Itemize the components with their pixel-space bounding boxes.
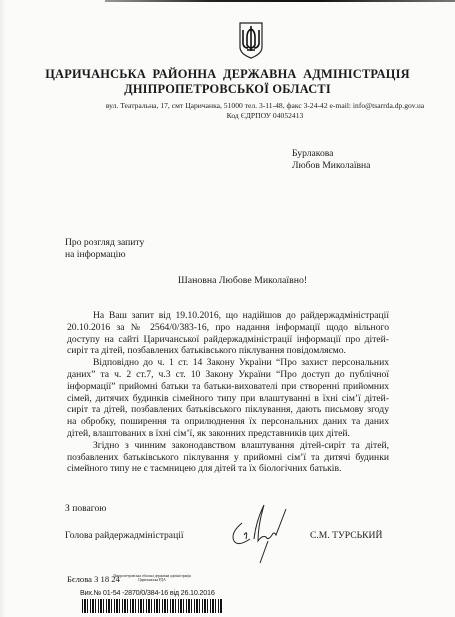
body-paragraph: Згідно з чинним законодавством влаштуван… bbox=[67, 440, 389, 475]
body-paragraph: На Ваш запит від 19.10.2016, що надійшов… bbox=[67, 310, 389, 357]
subject-line-2: на інформацію bbox=[65, 249, 144, 261]
greeting: Шановна Любове Миколаївно! bbox=[0, 275, 455, 286]
handwritten-signature bbox=[228, 495, 288, 565]
subject-block: Про розгляд запиту на інформацію bbox=[65, 237, 144, 261]
subject-line-1: Про розгляд запиту bbox=[65, 237, 144, 249]
scan-top-edge bbox=[105, 0, 455, 2]
organization-region: ДНІПРОПЕТРОВСЬКОЇ ОБЛАСТІ bbox=[0, 82, 455, 97]
organization-name: ЦАРИЧАНСЬКА РАЙОННА ДЕРЖАВНА АДМІНІСТРАЦ… bbox=[0, 67, 455, 82]
recipient-surname: Бурлакова bbox=[292, 148, 370, 160]
organization-code: Код ЄДРПОУ 04052413 bbox=[80, 111, 450, 120]
organization-address: вул. Театральна, 17, смт Царичанка, 5100… bbox=[80, 101, 450, 110]
body-paragraph: Відповідно до ч. 1 ст. 14 Закону України… bbox=[67, 357, 389, 440]
outgoing-number: Вих.№ 01-54 -2870/0/384-16 від 26.10.201… bbox=[80, 588, 215, 597]
trident-coat-of-arms-icon bbox=[238, 21, 264, 59]
closing-regards: З повагою bbox=[65, 503, 106, 514]
recipient-block: Бурлакова Любов Миколаївна bbox=[292, 148, 370, 172]
signatory-name: С.М. ТУРСЬКИЙ bbox=[310, 530, 382, 541]
registration-stamp-caption: Дніпропетровська обласна державна адміні… bbox=[107, 574, 197, 582]
letter-body: На Ваш запит від 19.10.2016, що надійшов… bbox=[67, 310, 389, 475]
barcode bbox=[82, 599, 222, 613]
signatory-position: Голова райдержадміністрації bbox=[65, 530, 184, 541]
recipient-name: Любов Миколаївна bbox=[292, 160, 370, 172]
